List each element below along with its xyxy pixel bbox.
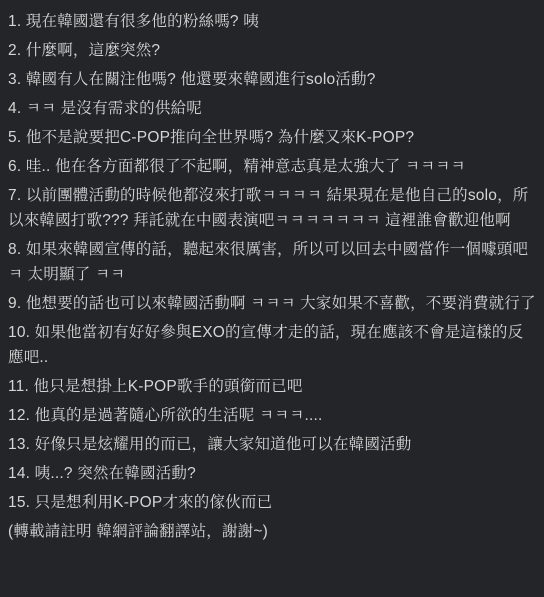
comment-1: 1. 現在韓國還有很多他的粉絲嗎? 咦	[8, 9, 538, 34]
comment-5: 5. 他不是說要把C-POP推向全世界嗎? 為什麼又來K-POP?	[8, 125, 538, 150]
comment-2: 2. 什麼啊，這麼突然?	[8, 38, 538, 63]
comments-page: 1. 現在韓國還有很多他的粉絲嗎? 咦 2. 什麼啊，這麼突然? 3. 韓國有人…	[0, 0, 544, 597]
comment-15: 15. 只是想利用K-POP才來的傢伙而已	[8, 490, 538, 515]
comment-14: 14. 咦...? 突然在韓國活動?	[8, 461, 538, 486]
comment-8: 8. 如果來韓國宣傳的話，聽起來很厲害，所以可以回去中國當作一個噱頭吧ㅋ 太明顯…	[8, 237, 538, 287]
comment-3: 3. 韓國有人在關注他嗎? 他還要來韓國進行solo活動?	[8, 67, 538, 92]
comment-4: 4. ㅋㅋ 是沒有需求的供給呢	[8, 96, 538, 121]
comment-6: 6. 哇.. 他在各方面都很了不起啊，精神意志真是太強大了 ㅋㅋㅋㅋ	[8, 154, 538, 179]
comment-12: 12. 他真的是過著隨心所欲的生活呢 ㅋㅋㅋ....	[8, 403, 538, 428]
repost-credit-note: (轉載請註明 韓網評論翻譯站，謝謝~)	[8, 519, 538, 544]
comment-9: 9. 他想要的話也可以來韓國活動啊 ㅋㅋㅋ 大家如果不喜歡，不要消費就行了	[8, 291, 538, 316]
comment-10: 10. 如果他當初有好好參與EXO的宣傳才走的話，現在應該不會是這樣的反應吧..	[8, 320, 538, 370]
comment-11: 11. 他只是想掛上K-POP歌手的頭銜而已吧	[8, 374, 538, 399]
comment-13: 13. 好像只是炫耀用的而已，讓大家知道他可以在韓國活動	[8, 432, 538, 457]
comment-7: 7. 以前團體活動的時候他都沒來打歌ㅋㅋㅋㅋ 結果現在是他自己的solo，所以來…	[8, 183, 538, 233]
